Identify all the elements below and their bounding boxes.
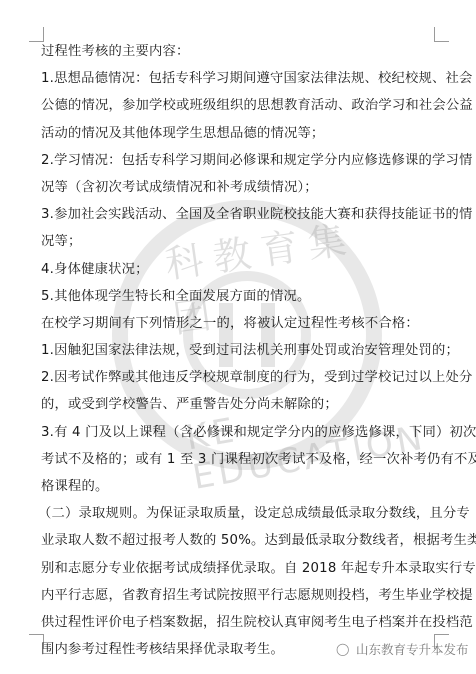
text-line: 供过程性评价电子档案数据，招生院校认真审阅考生电子档案并在投档范 <box>41 609 437 636</box>
text-line: 考试不及格的；或有 1 至 3 门课程初次考试不及格，经一次补考仍有不及 <box>41 446 437 473</box>
text-line: 业录取人数不超过报考人数的 50%。达到最低录取分数线者，根据考生类 <box>41 527 437 554</box>
text-line: 活动的情况及其他体现学生思想品德的情况等； <box>41 120 437 147</box>
text-line: 别和志愿分专业依据考试成绩择优录取。自 2018 年起专升本录取实行专业 <box>41 555 437 582</box>
text-line: 3.有 4 门及以上课程（含必修课和规定学分内的应修选修课，下同）初次 <box>41 419 437 446</box>
source-watermark: ◯ 山东教育专升本发布 <box>336 640 469 658</box>
text-line: 5.其他体现学生特长和全面发展方面的情况。 <box>41 283 437 310</box>
document-page: 科教育集团 KE EDUCATION 过程性考核的主要内容： 1.思想品德情况：… <box>0 0 476 674</box>
text-line: 内平行志愿，省教育招生考试院按照平行志愿规则投档，考生毕业学校提 <box>41 582 437 609</box>
document-body: 过程性考核的主要内容： 1.思想品德情况：包括专科学习期间遵守国家法律法规、校纪… <box>41 38 437 663</box>
text-line: 的，或受到学校警告、严重警告处分尚未解除的； <box>41 391 437 418</box>
heading-fail-conditions: 在校学习期间有下列情形之一的，将被认定过程性考核不合格： <box>41 310 437 337</box>
text-line: 2.因考试作弊或其他违反学校规章制度的行为，受到过学校记过以上处分 <box>41 364 437 391</box>
text-line: 格课程的。 <box>41 473 437 500</box>
source-brand-text: 山东教育专升本发布 <box>356 640 469 658</box>
text-line: 3.参加社会实践活动、全国及全省职业院校技能大赛和获得技能证书的情 <box>41 201 437 228</box>
text-line: 况等（含初次考试成绩情况和补考成绩情况）； <box>41 174 437 201</box>
text-line: 1.因触犯国家法律法规，受到过司法机关刑事处罚或治安管理处罚的； <box>41 337 437 364</box>
heading-process-assessment: 过程性考核的主要内容： <box>41 38 437 65</box>
text-line: 公德的情况，参加学校或班级组织的思想教育活动、政治学习和社会公益 <box>41 92 437 119</box>
wechat-icon: ◯ <box>336 643 352 655</box>
heading-admission-rules: （二）录取规则。为保证录取质量，设定总成绩最低录取分数线，且分专 <box>41 500 437 527</box>
text-line: 况等； <box>41 228 437 255</box>
text-line: 4.身体健康状况； <box>41 256 437 283</box>
text-line: 2.学习情况：包括专科学习期间必修课和规定学分内应修选修课的学习情 <box>41 147 437 174</box>
text-line: 1.思想品德情况：包括专科学习期间遵守国家法律法规、校纪校规、社会 <box>41 65 437 92</box>
